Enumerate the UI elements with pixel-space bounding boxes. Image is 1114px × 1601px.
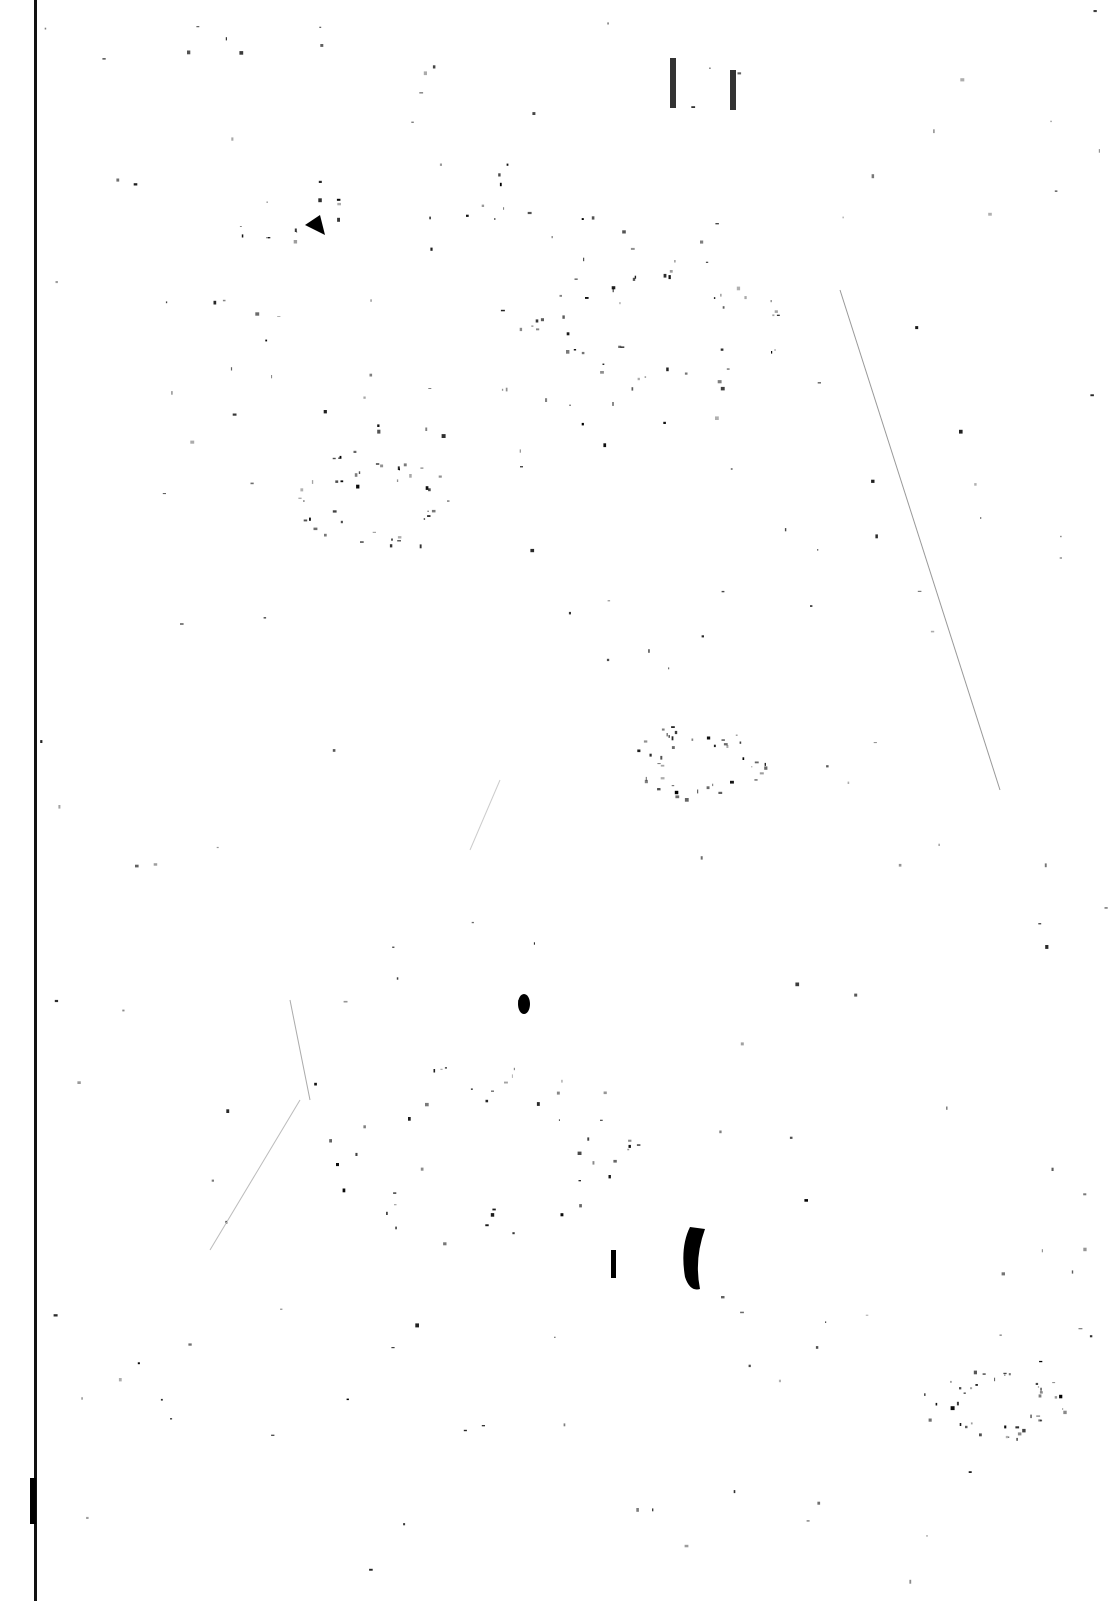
binding-edge-line: [34, 0, 37, 1601]
scanned-blank-page: [0, 0, 1114, 1601]
binding-edge-mark: [30, 1478, 36, 1524]
scan-noise: [0, 0, 1114, 1601]
